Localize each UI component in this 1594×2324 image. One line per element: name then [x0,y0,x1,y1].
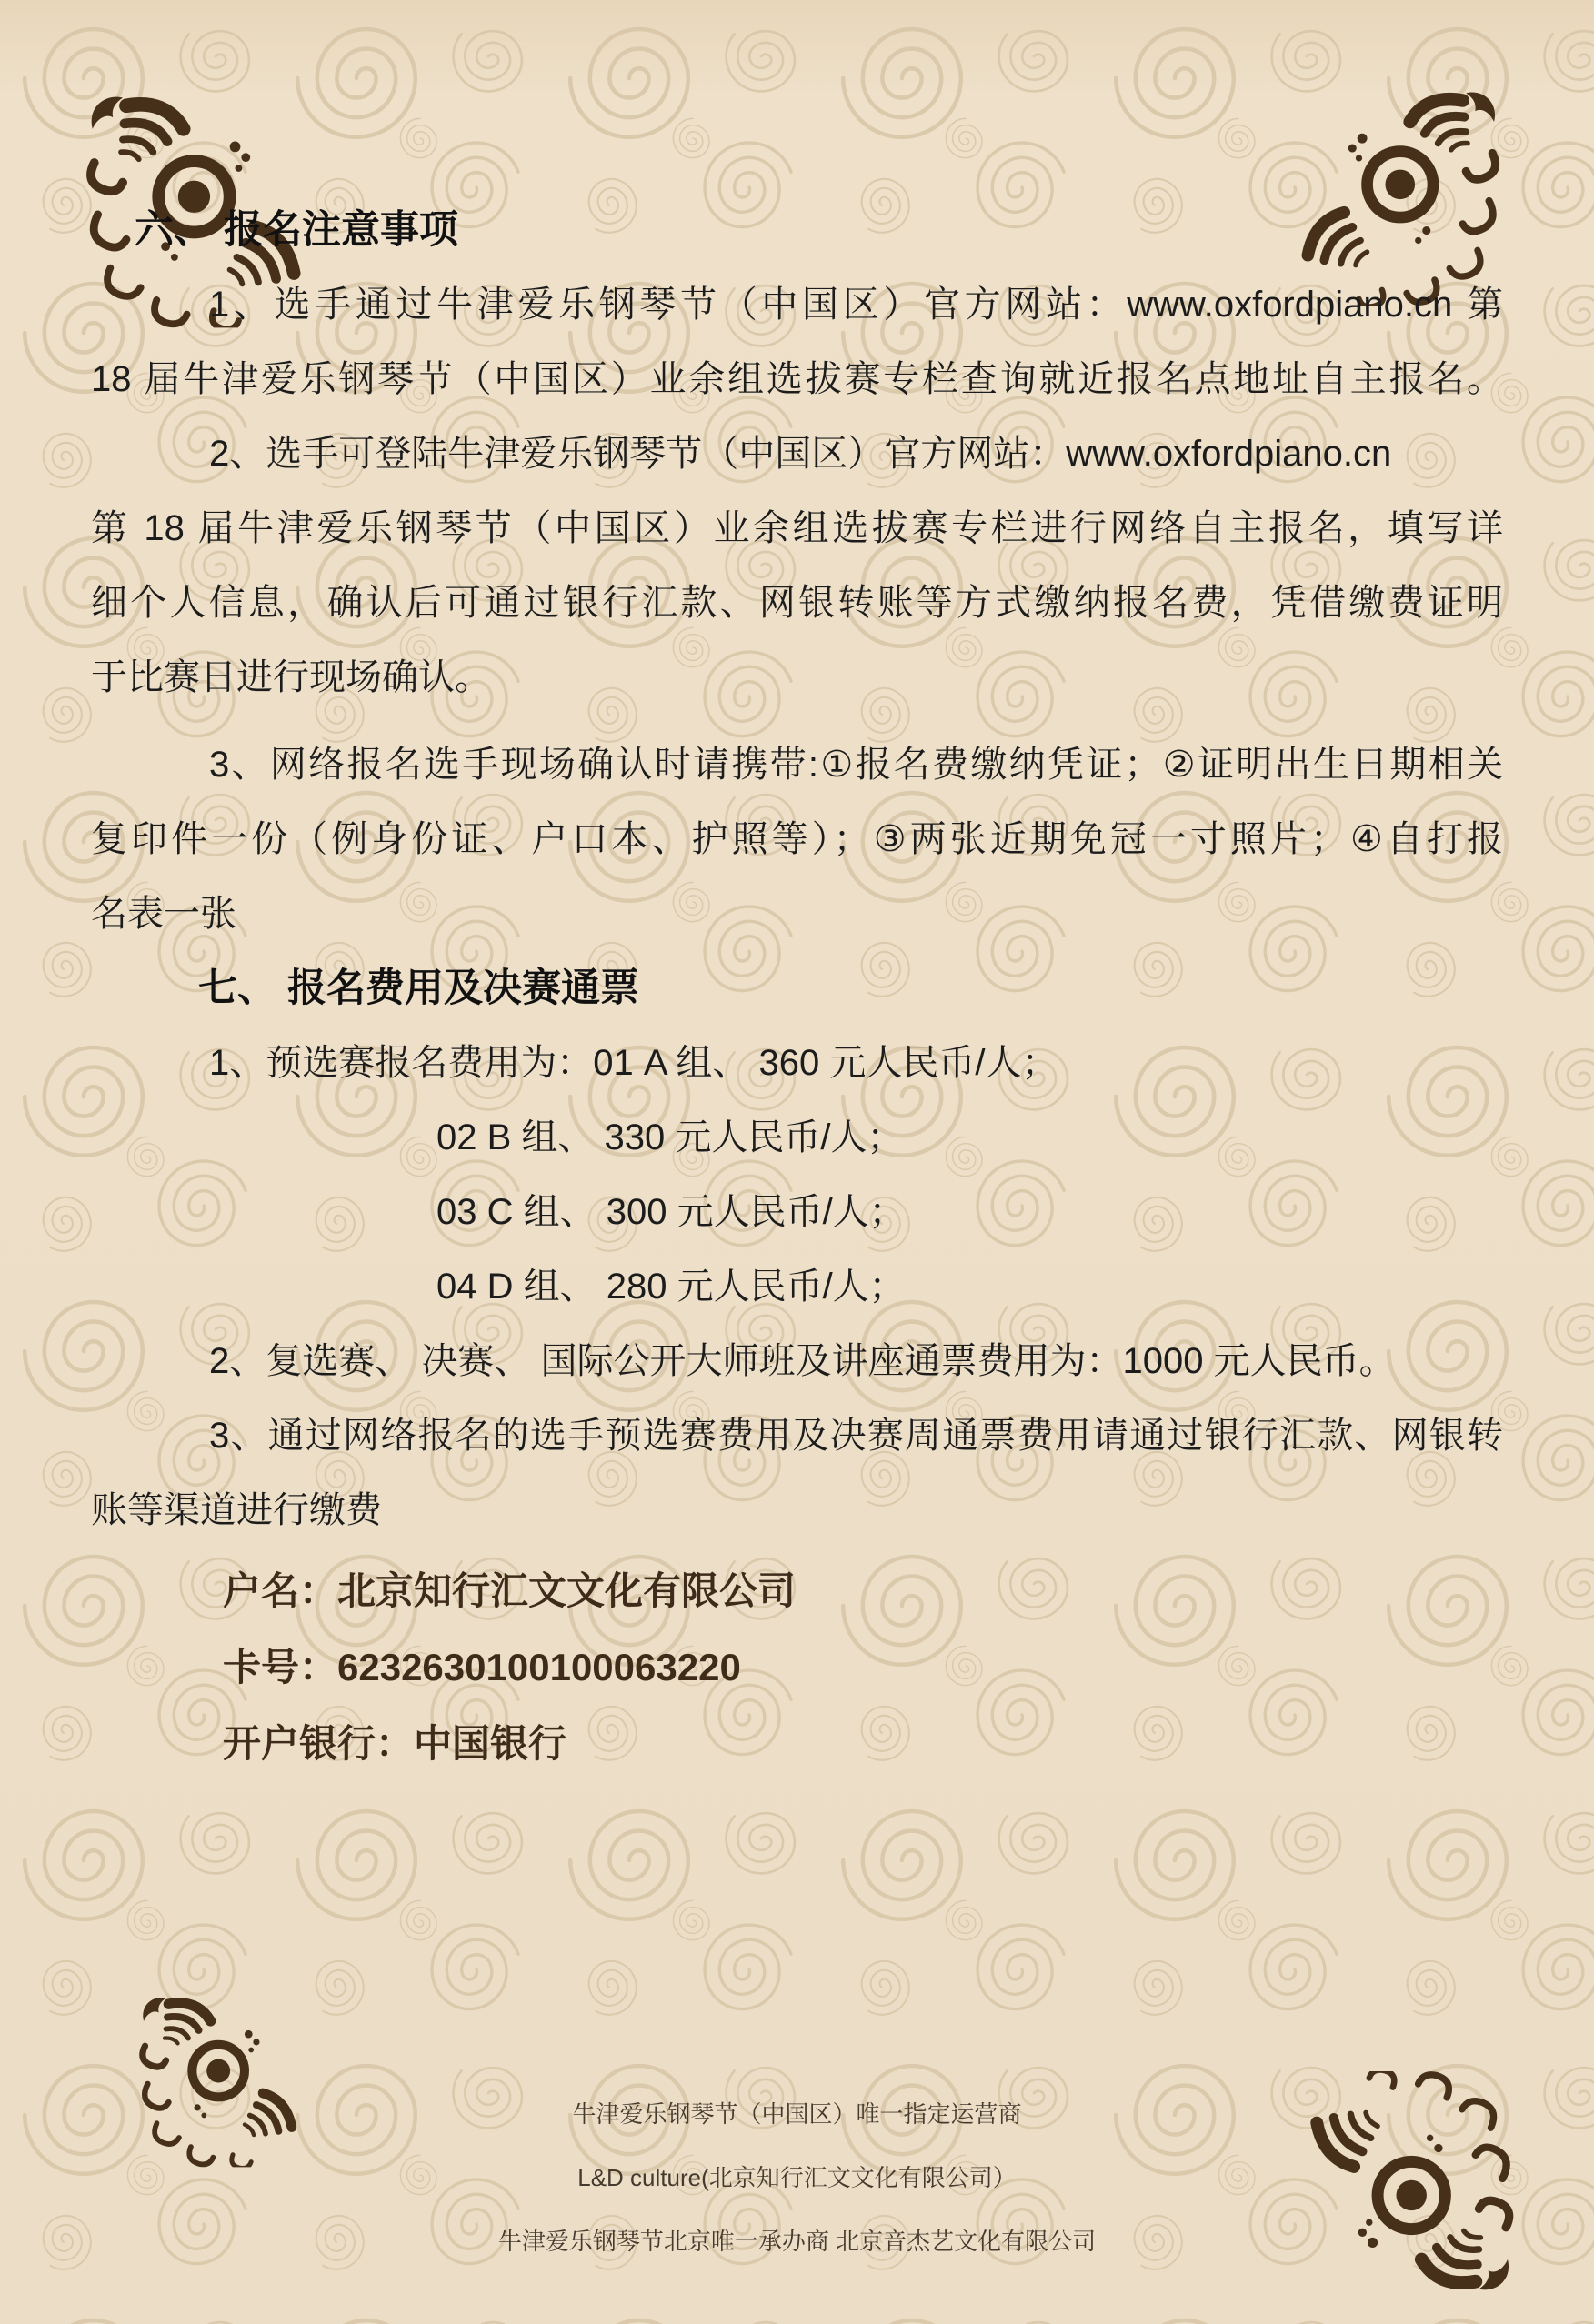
text-line: 3、网络报名选手现场确认时请携带:①报名费缴纳凭证；②证明出生日期相关 [91,727,1503,802]
para-fees: 1、预选赛报名费用为：01 A 组、 360 元人民币/人； 02 B 组、 3… [91,1026,1503,1548]
section7-heading: 七、 报名费用及决赛通票 [91,951,1503,1026]
text-line: 复印件一份（例身份证、户口本、护照等）；③两张近期免冠一寸照片；④自打报 [91,802,1503,877]
bank-info-block: 户名：北京知行汇文文化有限公司 卡号：6232630100100063220 开… [91,1553,1503,1782]
bank-account-name: 户名：北京知行汇文文化有限公司 [91,1553,1503,1629]
text-line: 细个人信息，确认后可通过银行汇款、网银转账等方式缴纳报名费，凭借缴费证明 [91,566,1503,640]
text-line: 账等渠道进行缴费 [91,1473,1503,1548]
text-line: 名表一张 [91,877,1503,951]
fee-item-group-c: 03 C 组、 300 元人民币/人； [91,1175,1503,1249]
fee-item-pass: 2、复选赛、 决赛、 国际公开大师班及讲座通票费用为：1000 元人民币。 [91,1324,1503,1398]
bank-card-number: 卡号：6232630100100063220 [91,1629,1503,1706]
bank-name: 开户银行：中国银行 [91,1706,1503,1782]
footer-company-line: L&D culture(北京知行汇文文化有限公司） [0,2146,1594,2209]
section6-heading: 六、 报名注意事项 [91,193,1503,267]
para-registration-1: 1、选手通过牛津爱乐钢琴节（中国区）官方网站：www.oxfordpiano.c… [91,267,1503,416]
document-body: 六、 报名注意事项 1、选手通过牛津爱乐钢琴节（中国区）官方网站：www.oxf… [91,0,1503,1782]
fee-item-group-b: 02 B 组、 330 元人民币/人； [91,1100,1503,1175]
fee-item-group-d: 04 D 组、 280 元人民币/人； [91,1249,1503,1324]
fee-item-group-a: 1、预选赛报名费用为：01 A 组、 360 元人民币/人； [91,1026,1503,1100]
text-line: 第 18 届牛津爱乐钢琴节（中国区）业余组选拔赛专栏进行网络自主报名，填写详 [91,491,1503,566]
text-line: 于比赛日进行现场确认。 [91,640,1503,715]
para-registration-3: 3、网络报名选手现场确认时请携带:①报名费缴纳凭证；②证明出生日期相关 复印件一… [91,727,1503,951]
text-line: 1、选手通过牛津爱乐钢琴节（中国区）官方网站：www.oxfordpiano.c… [91,267,1503,342]
text-line: 3、通过网络报名的选手预选赛费用及决赛周通票费用请通过银行汇款、网银转 [91,1398,1503,1473]
footer-operator-line: 牛津爱乐钢琴节（中国区）唯一指定运营商 [0,2082,1594,2146]
text-line: 2、选手可登陆牛津爱乐钢琴节（中国区）官方网站：www.oxfordpiano.… [91,416,1503,491]
page-footer: 牛津爱乐钢琴节（中国区）唯一指定运营商 L&D culture(北京知行汇文文化… [0,2082,1594,2273]
text-line: 18 届牛津爱乐钢琴节（中国区）业余组选拔赛专栏查询就近报名点地址自主报名。 [91,342,1503,416]
para-registration-2: 2、选手可登陆牛津爱乐钢琴节（中国区）官方网站：www.oxfordpiano.… [91,416,1503,715]
footer-organizer-line: 牛津爱乐钢琴节北京唯一承办商 北京音杰艺文化有限公司 [0,2209,1594,2273]
document-page: 六、 报名注意事项 1、选手通过牛津爱乐钢琴节（中国区）官方网站：www.oxf… [0,0,1594,2324]
